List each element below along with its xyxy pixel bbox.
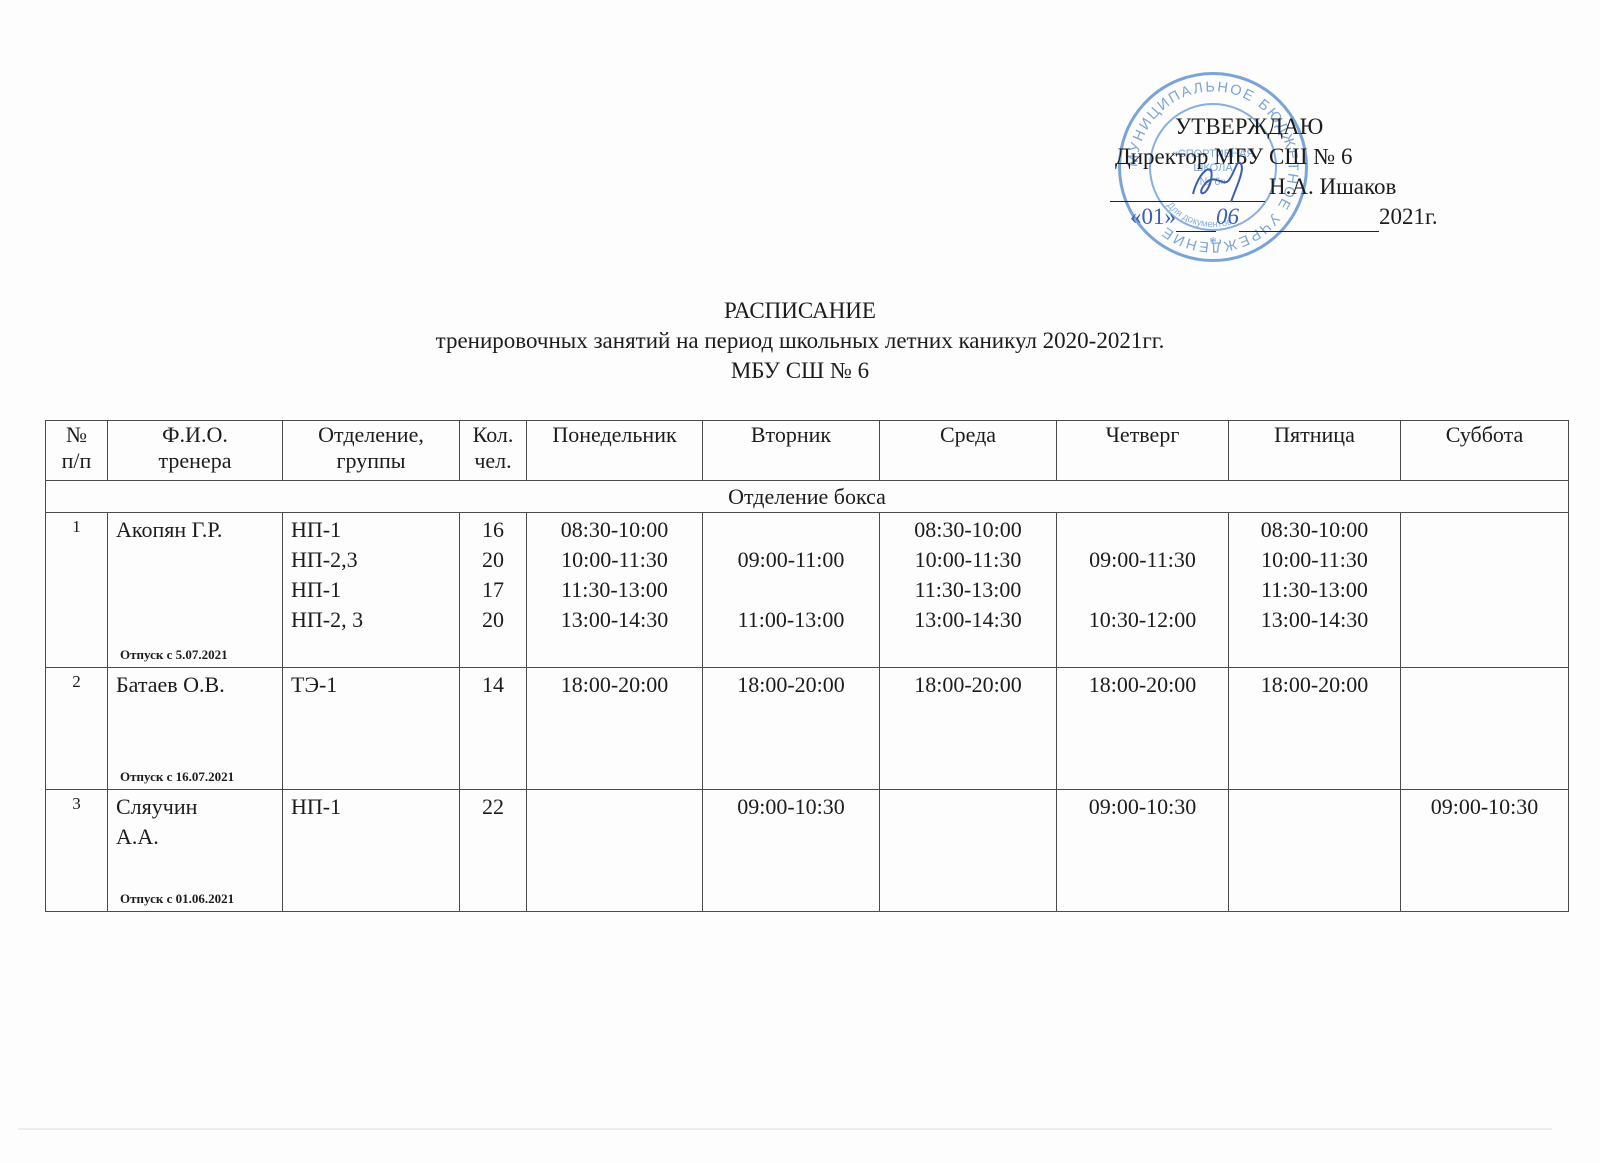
time-slot: 10:30-12:00 — [1057, 605, 1228, 635]
count-cell: 16201720 — [460, 513, 527, 668]
group-name: ТЭ-1 — [291, 670, 459, 700]
vacation-note: Отпуск с 16.07.2021 — [120, 769, 234, 785]
svg-text:*: * — [1209, 234, 1217, 251]
schedule-cell-thu: 09:00-11:3010:30-12:00 — [1057, 513, 1229, 668]
column-header-line: группы — [283, 448, 459, 474]
time-slot: 09:00-10:30 — [703, 792, 879, 822]
section-title: Отделение бокса — [46, 481, 1569, 513]
time-slot: 18:00-20:00 — [703, 670, 879, 700]
scan-artifact-line — [18, 1128, 1552, 1130]
time-slot: 13:00-14:30 — [1229, 605, 1400, 635]
row-number: 3 — [46, 790, 108, 912]
column-header: Ф.И.О.тренера — [108, 421, 283, 481]
time-slot: 08:30-10:00 — [1229, 515, 1400, 545]
count-cell: 22 — [460, 790, 527, 912]
trainer-name: Акопян Г.Р. — [116, 515, 282, 545]
group-count: 16 — [460, 515, 526, 545]
schedule-cell-sat: 09:00-10:30 — [1401, 790, 1569, 912]
schedule-cell-fri: 08:30-10:0010:00-11:3011:30-13:0013:00-1… — [1229, 513, 1401, 668]
group-name: НП-1 — [291, 575, 459, 605]
column-header-line: Четверг — [1057, 422, 1228, 448]
document-title: РАСПИСАНИЕ — [0, 296, 1600, 326]
time-slot: 18:00-20:00 — [1057, 670, 1228, 700]
time-slot: 11:30-13:00 — [880, 575, 1056, 605]
time-slot: 09:00-10:30 — [1057, 792, 1228, 822]
column-header: Вторник — [703, 421, 880, 481]
column-header-line: Суббота — [1401, 422, 1568, 448]
table-row: 2Батаев О.В.Отпуск с 16.07.2021ТЭ-11418:… — [46, 668, 1569, 790]
time-slot: 10:00-11:30 — [527, 545, 702, 575]
time-slot — [703, 515, 879, 545]
column-header-line: № — [46, 422, 107, 448]
document-organization: МБУ СШ № 6 — [0, 356, 1600, 386]
time-slot: 11:30-13:00 — [1229, 575, 1400, 605]
group-count: 20 — [460, 545, 526, 575]
group-count: 22 — [460, 792, 526, 822]
trainer-name: Сляучин А.А. — [116, 792, 236, 852]
column-header-line: Вторник — [703, 422, 879, 448]
group-name: НП-2, 3 — [291, 605, 459, 635]
column-header-line: Ф.И.О. — [108, 422, 282, 448]
time-slot: 09:00-10:30 — [1401, 792, 1568, 822]
column-header-line: Среда — [880, 422, 1056, 448]
date-underline — [1239, 209, 1379, 232]
time-slot — [703, 575, 879, 605]
time-slot: 10:00-11:30 — [880, 545, 1056, 575]
time-slot: 13:00-14:30 — [527, 605, 702, 635]
count-cell: 14 — [460, 668, 527, 790]
time-slot: 18:00-20:00 — [527, 670, 702, 700]
trainer-name: Батаев О.В. — [116, 670, 282, 700]
row-number: 2 — [46, 668, 108, 790]
approval-title: УТВЕРЖДАЮ — [1110, 112, 1430, 142]
column-header: Четверг — [1057, 421, 1229, 481]
schedule-cell-fri — [1229, 790, 1401, 912]
table-row: 1Акопян Г.Р.Отпуск с 5.07.2021НП-1НП-2,3… — [46, 513, 1569, 668]
schedule-cell-tue: 18:00-20:00 — [703, 668, 880, 790]
time-slot: 10:00-11:30 — [1229, 545, 1400, 575]
schedule-cell-mon — [527, 790, 703, 912]
time-slot: 11:00-13:00 — [703, 605, 879, 635]
column-header-line: Понедельник — [527, 422, 702, 448]
approval-block: УТВЕРЖДАЮ Директор МБУ СШ № 6 Н.А. Ишако… — [1110, 112, 1430, 232]
time-slot: 11:30-13:00 — [527, 575, 702, 605]
group-count: 17 — [460, 575, 526, 605]
column-header-line: Отделение, — [283, 422, 459, 448]
time-slot: 18:00-20:00 — [1229, 670, 1400, 700]
column-header: Суббота — [1401, 421, 1569, 481]
column-header: Среда — [880, 421, 1057, 481]
trainer-cell: Акопян Г.Р.Отпуск с 5.07.2021 — [108, 513, 283, 668]
group-name: НП-2,3 — [291, 545, 459, 575]
column-header-line: чел. — [460, 448, 526, 474]
approval-day: «01» — [1130, 204, 1176, 229]
schedule-cell-mon: 08:30-10:0010:00-11:3011:30-13:0013:00-1… — [527, 513, 703, 668]
schedule-table: №п/пФ.И.О.тренераОтделение,группыКол.чел… — [45, 420, 1569, 912]
column-header: №п/п — [46, 421, 108, 481]
group-count: 14 — [460, 670, 526, 700]
approval-signatory: Н.А. Ишаков — [1269, 174, 1396, 199]
document-title-block: РАСПИСАНИЕ тренировочных занятий на пери… — [0, 296, 1600, 386]
approval-signatory-line: Н.А. Ишаков — [1110, 172, 1430, 202]
schedule-cell-sat — [1401, 513, 1569, 668]
trainer-cell: Сляучин А.А.Отпуск с 01.06.2021 — [108, 790, 283, 912]
approval-date: «01»062021г. — [1110, 202, 1430, 232]
vacation-note: Отпуск с 5.07.2021 — [120, 647, 228, 663]
schedule-cell-thu: 18:00-20:00 — [1057, 668, 1229, 790]
document-subtitle: тренировочных занятий на период школьных… — [0, 326, 1600, 356]
schedule-cell-sat — [1401, 668, 1569, 790]
approval-year: 2021г. — [1379, 204, 1438, 229]
column-header: Понедельник — [527, 421, 703, 481]
schedule-cell-thu: 09:00-10:30 — [1057, 790, 1229, 912]
signature-icon — [1185, 150, 1255, 210]
schedule-cell-fri: 18:00-20:00 — [1229, 668, 1401, 790]
time-slot: 09:00-11:30 — [1057, 545, 1228, 575]
schedule-cell-wed — [880, 790, 1057, 912]
time-slot: 18:00-20:00 — [880, 670, 1056, 700]
group-name: НП-1 — [291, 792, 459, 822]
table-header-row: №п/пФ.И.О.тренераОтделение,группыКол.чел… — [46, 421, 1569, 481]
column-header-line: п/п — [46, 448, 107, 474]
schedule-cell-tue: 09:00-11:0011:00-13:00 — [703, 513, 880, 668]
row-number: 1 — [46, 513, 108, 668]
column-header: Кол.чел. — [460, 421, 527, 481]
time-slot — [1057, 515, 1228, 545]
time-slot: 13:00-14:30 — [880, 605, 1056, 635]
schedule-cell-wed: 08:30-10:0010:00-11:3011:30-13:0013:00-1… — [880, 513, 1057, 668]
column-header: Пятница — [1229, 421, 1401, 481]
schedule-cell-wed: 18:00-20:00 — [880, 668, 1057, 790]
group-count: 20 — [460, 605, 526, 635]
column-header: Отделение,группы — [283, 421, 460, 481]
groups-cell: НП-1НП-2,3НП-1НП-2, 3 — [283, 513, 460, 668]
table-row: 3Сляучин А.А.Отпуск с 01.06.2021НП-12209… — [46, 790, 1569, 912]
trainer-cell: Батаев О.В.Отпуск с 16.07.2021 — [108, 668, 283, 790]
time-slot — [1057, 575, 1228, 605]
group-name: НП-1 — [291, 515, 459, 545]
time-slot: 08:30-10:00 — [880, 515, 1056, 545]
schedule-cell-mon: 18:00-20:00 — [527, 668, 703, 790]
approval-position: Директор МБУ СШ № 6 — [1110, 142, 1430, 172]
column-header-line: Кол. — [460, 422, 526, 448]
time-slot: 09:00-11:00 — [703, 545, 879, 575]
time-slot: 08:30-10:00 — [527, 515, 702, 545]
schedule-cell-tue: 09:00-10:30 — [703, 790, 880, 912]
vacation-note: Отпуск с 01.06.2021 — [120, 891, 234, 907]
column-header-line: Пятница — [1229, 422, 1400, 448]
column-header-line: тренера — [108, 448, 282, 474]
section-row: Отделение бокса — [46, 481, 1569, 513]
date-underline — [1176, 209, 1216, 232]
groups-cell: ТЭ-1 — [283, 668, 460, 790]
groups-cell: НП-1 — [283, 790, 460, 912]
